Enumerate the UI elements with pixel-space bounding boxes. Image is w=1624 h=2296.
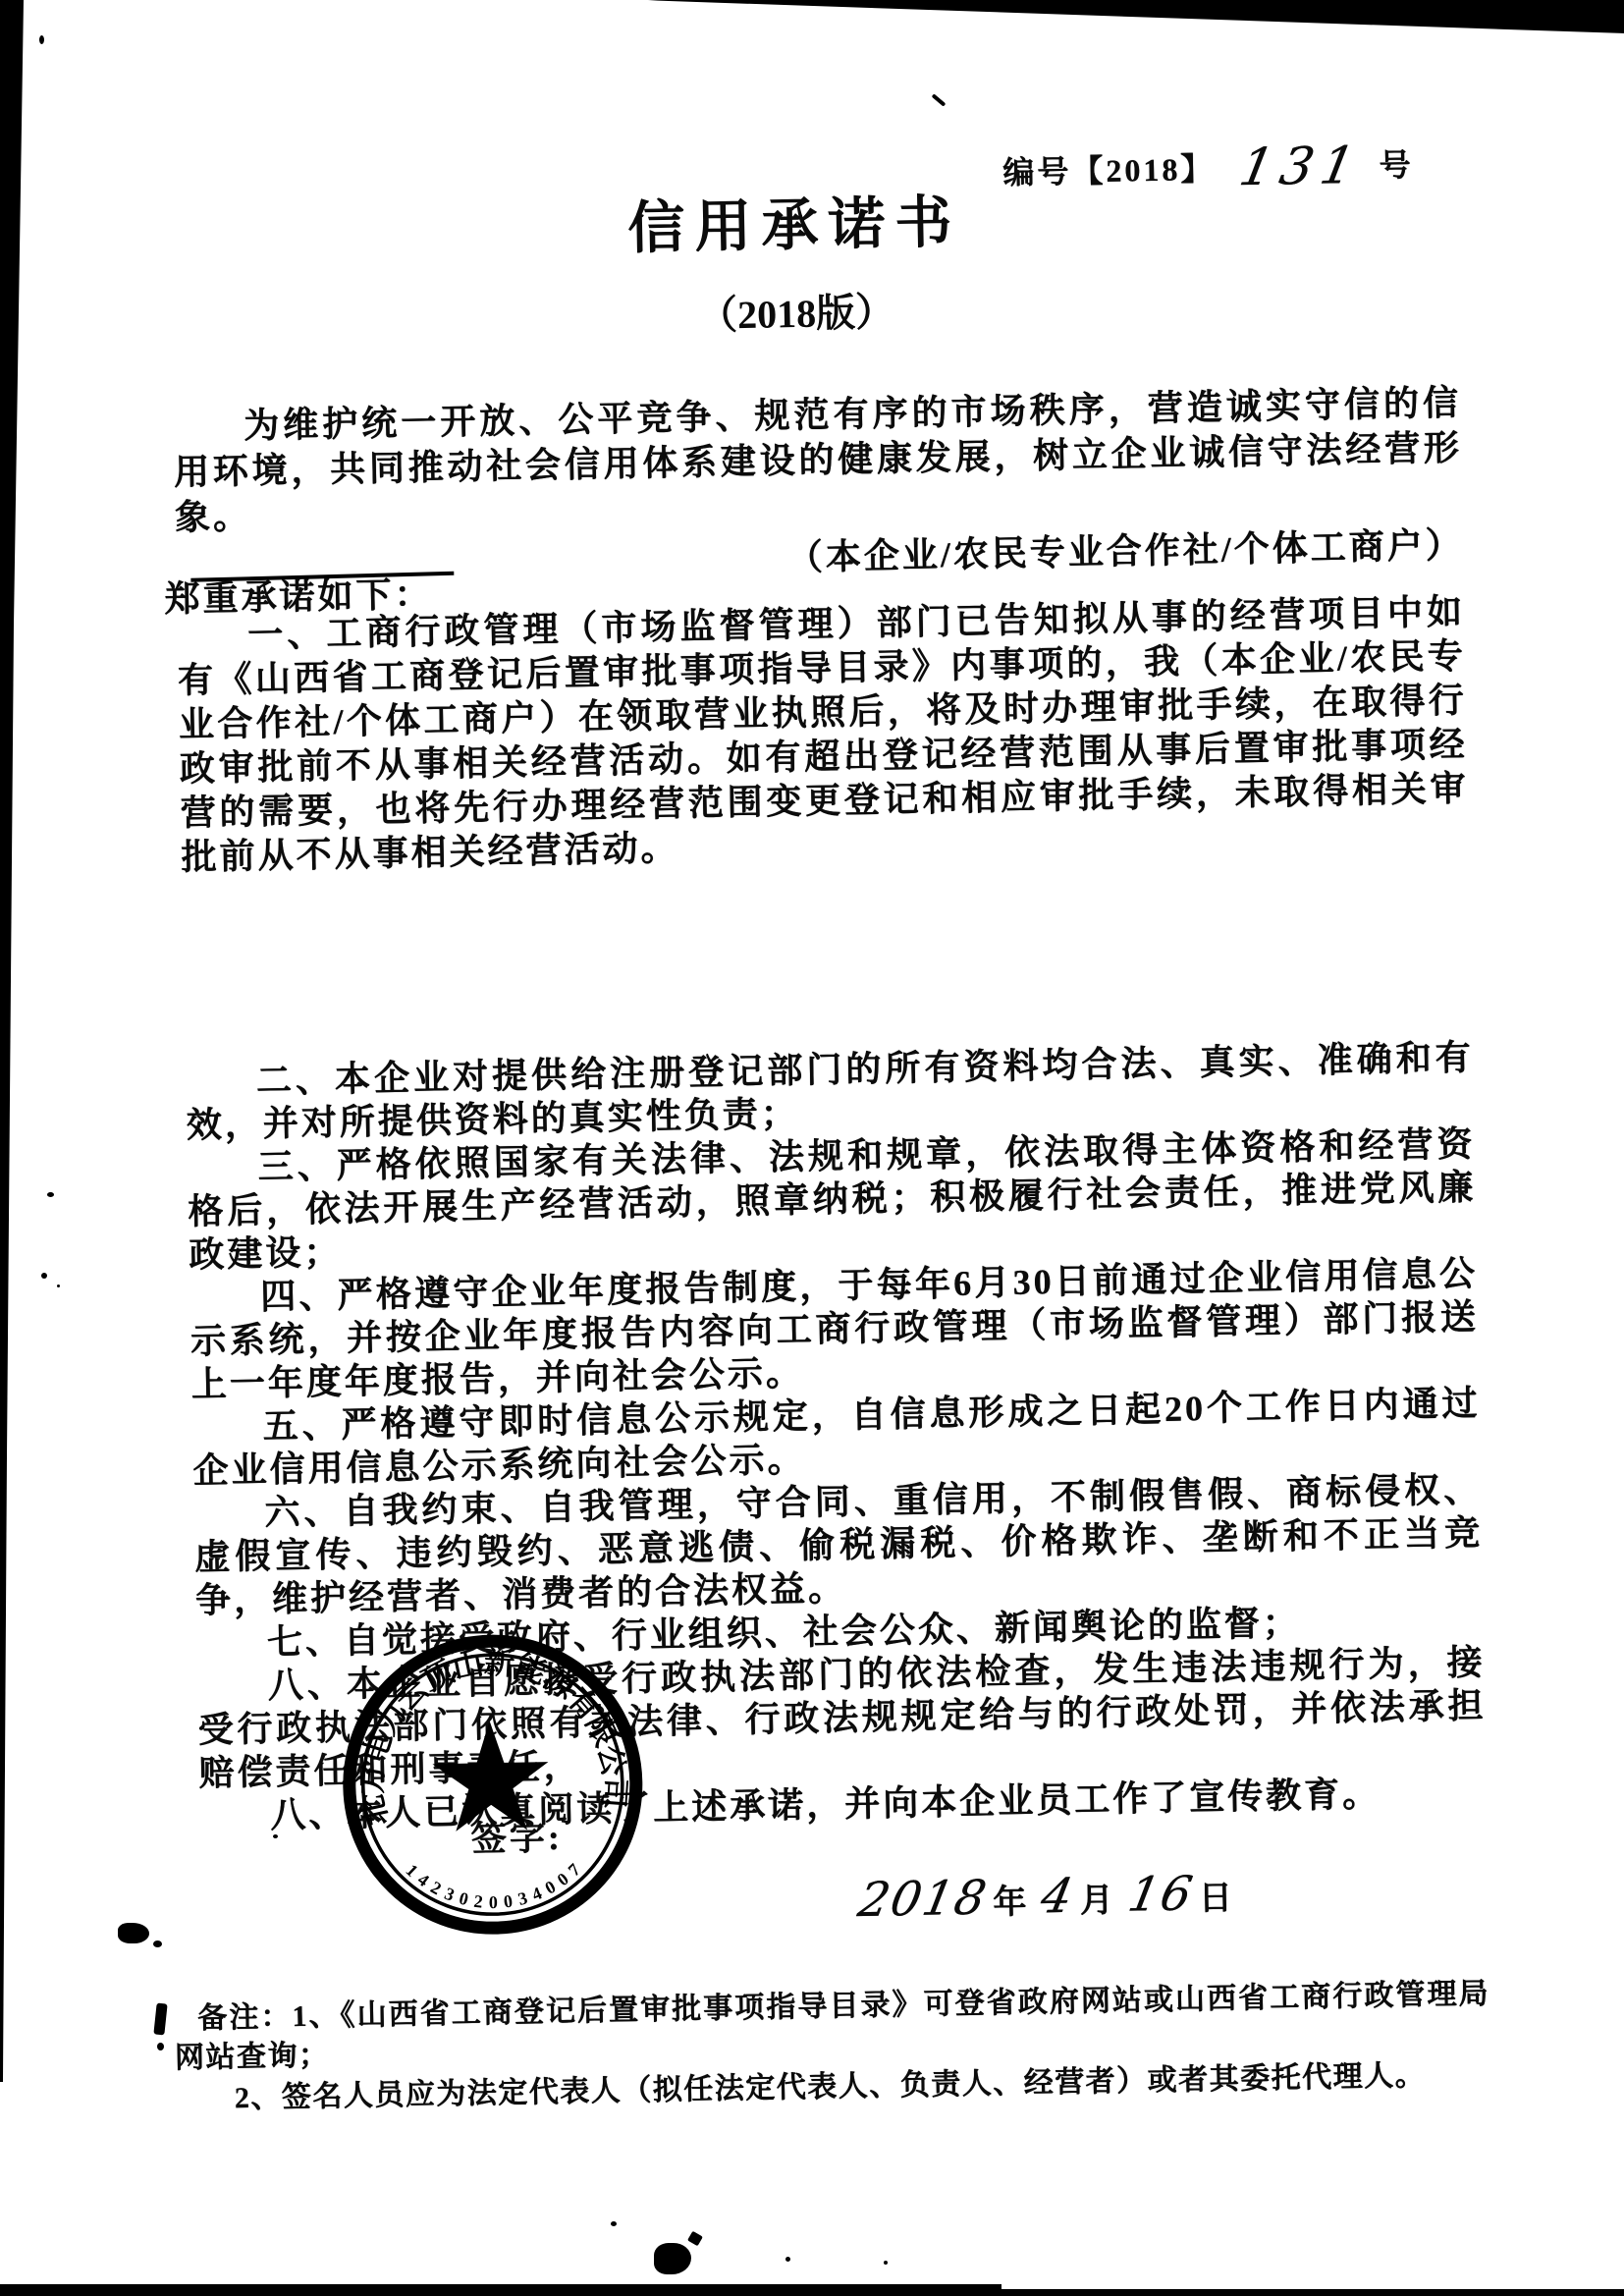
date-year-handwritten: 2018	[854, 1870, 993, 1928]
clause-text: 六、自我约束、自我管理，守合同、重信用，不制假售假、商标侵权、虚假宣传、违约毁约…	[193, 1468, 1484, 1622]
intro-paragraph: 为维护统一开放、公平竞争、规范有序的市场秩序，营造诚实守信的信用环境，共同推动社…	[173, 380, 1463, 540]
version-subtitle: （2018版）	[0, 267, 1608, 355]
date-day-unit: 日	[1199, 1881, 1235, 1918]
intro-text: 为维护统一开放、公平竞争、规范有序的市场秩序，营造诚实守信的信用环境，共同推动社…	[173, 380, 1463, 540]
date-day-handwritten: 16	[1123, 1866, 1198, 1922]
footnotes: 备注：1、《山西省工商登记后置审批事项指导目录》可登省政府网站或山西省工商行政管…	[174, 1975, 1491, 2120]
scanned-document-page: 编号【2018】131号 信用承诺书 （2018版） 为维护统一开放、公平竞争、…	[0, 0, 1624, 2296]
date-year-unit: 年	[993, 1885, 1029, 1922]
clause-text: 四、严格遵守企业年度报告制度，于每年6月30日前通过企业信用信息公示系统，并按企…	[189, 1252, 1480, 1406]
page-title: 信用承诺书	[0, 163, 1607, 277]
date-line: 2018年4月16日	[859, 1862, 1410, 1928]
clause-text: 一、工商行政管理（市场监督管理）部门已告知拟从事的经营项目中如有《山西省工商登记…	[177, 590, 1470, 880]
clause-text: 三、严格依照国家有关法律、法规和规章，依法取得主体资格和经营资格后，依法开展生产…	[187, 1122, 1477, 1277]
company-seal-stamp: 北方电力云顶山新能源有限公司 1423020034007	[334, 1625, 652, 1943]
seal-star-icon	[432, 1720, 550, 1831]
document-content: 编号【2018】131号 信用承诺书 （2018版） 为维护统一开放、公平竞争、…	[0, 0, 1624, 2296]
clause-1: 一、工商行政管理（市场监督管理）部门已告知拟从事的经营项目中如有《山西省工商登记…	[177, 590, 1470, 880]
date-month-handwritten: 4	[1037, 1869, 1079, 1925]
scan-artifact-bottom-edge	[982, 2289, 1624, 2296]
date-month-unit: 月	[1080, 1883, 1116, 1920]
